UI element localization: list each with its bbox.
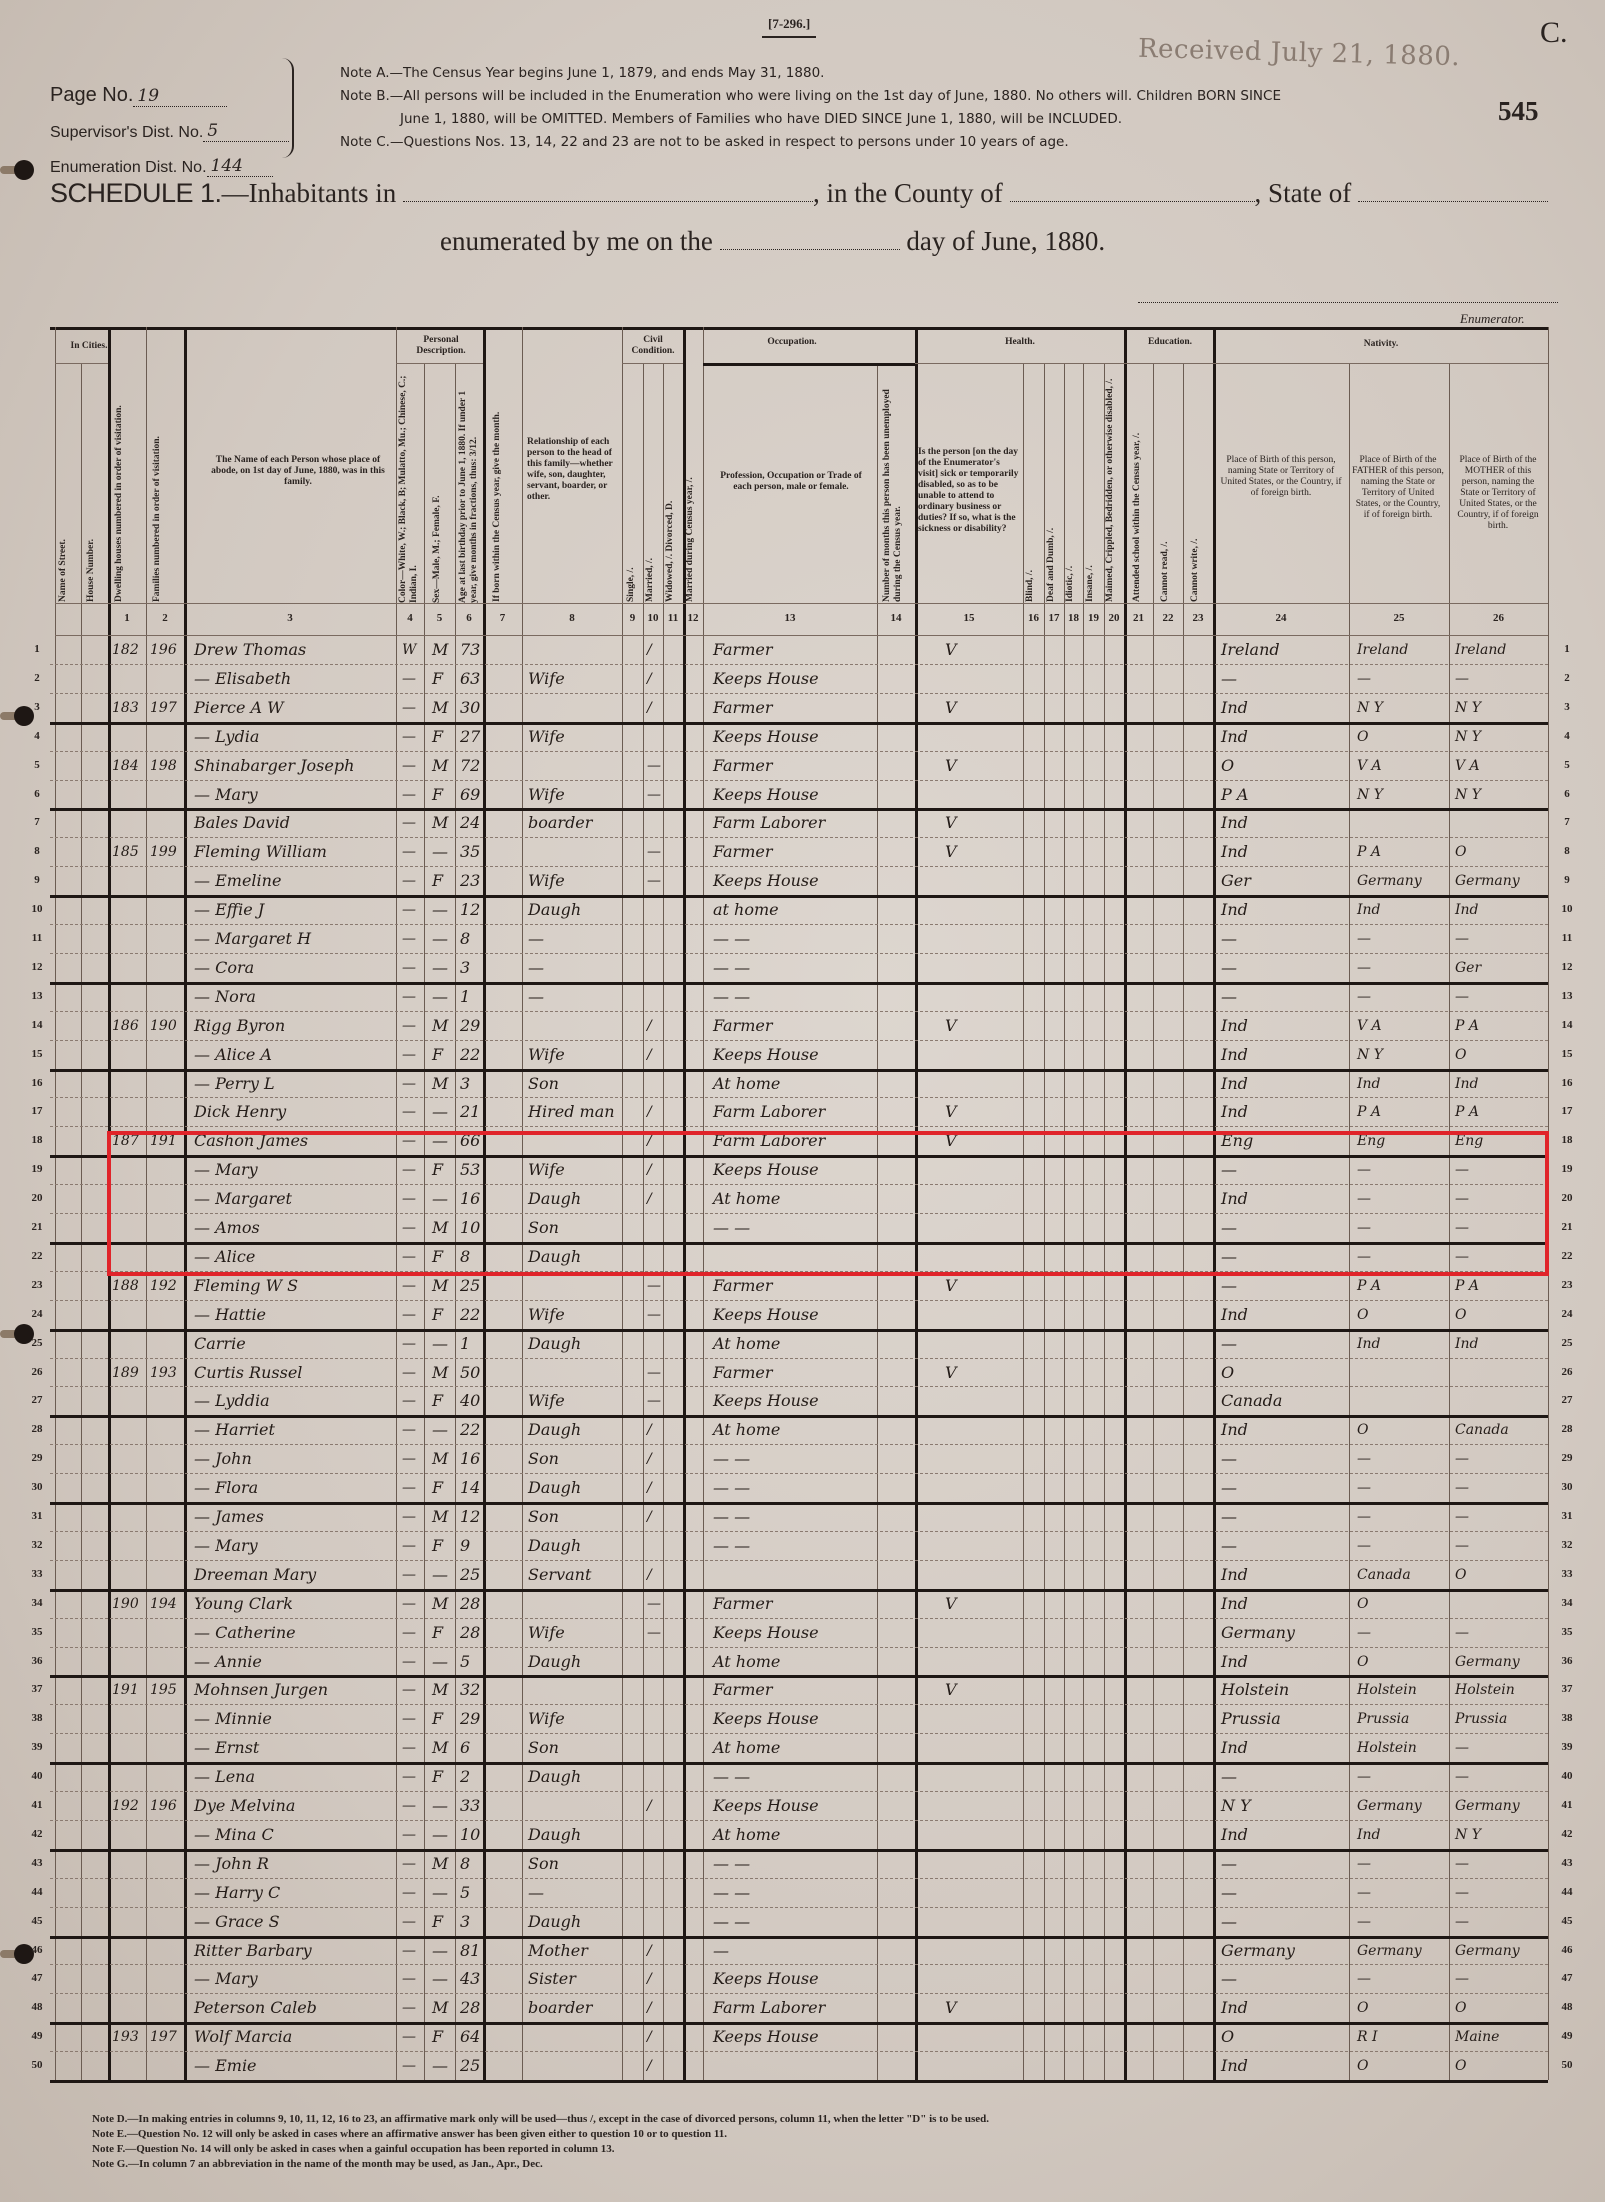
mother-birthplace-value: N Y <box>1455 785 1481 805</box>
relationship-value: Wife <box>528 1709 565 1729</box>
mother-birthplace-value: Ind <box>1455 1074 1479 1094</box>
header-col1: Dwelling houses numbered in order of vis… <box>114 347 136 602</box>
father-birthplace-value: — <box>1357 1536 1371 1556</box>
age-value: 21 <box>460 1102 480 1122</box>
color-value: — <box>402 987 416 1007</box>
color-value: — <box>402 727 416 747</box>
civil-condition-mark: / <box>647 1478 652 1498</box>
family-number: 199 <box>150 842 177 862</box>
relationship-value: boarder <box>528 813 592 833</box>
color-value: — <box>402 1594 416 1614</box>
father-birthplace-value: — <box>1357 1478 1371 1498</box>
sick-mark: V <box>945 698 957 718</box>
person-name: — Ernst <box>194 1738 259 1758</box>
occupation-value: Keeps House <box>713 2027 819 2047</box>
sick-mark: V <box>945 756 957 776</box>
relationship-value: — <box>528 1883 544 1903</box>
civil-condition-mark: — <box>647 1363 661 1383</box>
civil-condition-mark: / <box>647 1969 652 1989</box>
sheet-number: 545 <box>1498 96 1539 127</box>
mother-birthplace-value: — <box>1455 1449 1469 1469</box>
relationship-value: Daugh <box>528 1825 581 1845</box>
inhabitants-label: —Inhabitants in <box>222 178 397 208</box>
corner-letter: C. <box>1540 16 1568 50</box>
row-number-right: 48 <box>1556 2001 1578 2013</box>
father-birthplace-value: Holstein <box>1357 1680 1417 1700</box>
color-value: — <box>402 1941 416 1961</box>
relationship-value: Hired man <box>528 1102 615 1122</box>
brace <box>282 58 294 158</box>
table-row: — Effie J——12Daughat homeIndIndInd <box>40 895 1555 924</box>
row-number-right: 16 <box>1556 1077 1578 1089</box>
mother-birthplace-value: — <box>1455 1883 1469 1903</box>
family-number: 193 <box>150 1363 177 1383</box>
color-value: — <box>402 1391 416 1411</box>
row-number-right: 7 <box>1556 816 1578 828</box>
age-value: 22 <box>460 1045 480 1065</box>
family-number: 198 <box>150 756 177 776</box>
occupation-value: Farmer <box>713 1276 773 1296</box>
table-row: — Mary——43Sister/Keeps House——— <box>40 1964 1555 1993</box>
civil-condition-mark: / <box>647 1016 652 1036</box>
occupation-value: Keeps House <box>713 1391 819 1411</box>
row-number-right: 36 <box>1556 1655 1578 1667</box>
age-value: 12 <box>460 900 480 920</box>
relationship-value: Wife <box>528 669 565 689</box>
civil-condition-mark: / <box>647 640 652 660</box>
row-number-right: 49 <box>1556 2030 1578 2042</box>
sick-mark: V <box>945 842 957 862</box>
table-row: — Mary—F9Daugh— ———— <box>40 1531 1555 1560</box>
relationship-value: Daugh <box>528 1478 581 1498</box>
age-value: 29 <box>460 1016 480 1036</box>
row-number-right: 47 <box>1556 1972 1578 1984</box>
table-row: — Nora——1—— ———— <box>40 982 1555 1011</box>
person-name: — John R <box>194 1854 269 1874</box>
row-number-right: 39 <box>1556 1741 1578 1753</box>
dwelling-number: 188 <box>112 1276 139 1296</box>
color-value: — <box>402 1825 416 1845</box>
birthplace-value: Ind <box>1221 813 1248 833</box>
sex-value: F <box>432 1536 443 1556</box>
person-name: — Mary <box>194 1536 258 1556</box>
sex-value: — <box>432 1825 448 1845</box>
header-col25: Place of Birth of the FATHER of this per… <box>1352 455 1444 521</box>
column-number: 8 <box>522 603 622 633</box>
header-col7: If born within the Census year, give the… <box>492 347 514 602</box>
sex-value: — <box>432 1652 448 1672</box>
sex-value: M <box>432 698 448 718</box>
row-number-right: 33 <box>1556 1568 1578 1580</box>
sex-value: F <box>432 1912 443 1932</box>
relationship-value: Servant <box>528 1565 591 1585</box>
person-name: Ritter Barbary <box>194 1941 312 1961</box>
table-row: — Ernst—M6SonAt homeIndHolstein— <box>40 1733 1555 1762</box>
sick-mark: V <box>945 640 957 660</box>
birthplace-value: N Y <box>1221 1796 1251 1816</box>
age-value: 6 <box>460 1738 470 1758</box>
mother-birthplace-value: O <box>1455 1045 1466 1065</box>
age-value: 40 <box>460 1391 480 1411</box>
census-page: [7-296.] Received July 21, 1880. C. 545 … <box>0 0 1605 2202</box>
mother-birthplace-value: N Y <box>1455 727 1481 747</box>
birthplace-value: Ind <box>1221 1565 1248 1585</box>
column-number: 18 <box>1064 603 1083 633</box>
birthplace-value: O <box>1221 2027 1234 2047</box>
row-number-right: 29 <box>1556 1452 1578 1464</box>
civil-condition-mark: / <box>647 1796 652 1816</box>
age-value: 72 <box>460 756 480 776</box>
column-number: 23 <box>1183 603 1213 633</box>
header-col14: Number of months this person has been un… <box>882 367 908 602</box>
age-value: 23 <box>460 871 480 891</box>
birthplace-value: P A <box>1221 785 1248 805</box>
row-number-right: 37 <box>1556 1683 1578 1695</box>
occupation-value: — — <box>713 1507 750 1527</box>
occupation-value: Farmer <box>713 842 773 862</box>
occupation-value: — — <box>713 1536 750 1556</box>
color-value: — <box>402 785 416 805</box>
row-number-right: 26 <box>1556 1366 1578 1378</box>
occupation-value: Farmer <box>713 756 773 776</box>
birthplace-value: Ind <box>1221 727 1248 747</box>
dwelling-number: 184 <box>112 756 139 776</box>
family-number: 195 <box>150 1680 177 1700</box>
birthplace-value: — <box>1221 1912 1237 1932</box>
civil-condition-mark: — <box>647 1276 661 1296</box>
person-name: — Emie <box>194 2056 257 2076</box>
occupation-value: — — <box>713 1478 750 1498</box>
father-birthplace-value: — <box>1357 929 1371 949</box>
sex-value: M <box>432 1998 448 2018</box>
grid-line <box>1124 363 1213 364</box>
row-number-right: 40 <box>1556 1770 1578 1782</box>
table-row: Bales David—M24boarderFarm LaborerVInd <box>40 808 1555 837</box>
supervisor-value: 5 <box>203 121 289 142</box>
color-value: — <box>402 1623 416 1643</box>
column-number: 24 <box>1213 603 1349 633</box>
birthplace-value: O <box>1221 1363 1234 1383</box>
township-blank <box>403 200 813 202</box>
age-value: 22 <box>460 1420 480 1440</box>
birthplace-value: — <box>1221 1507 1237 1527</box>
occupation-value: Farmer <box>713 1594 773 1614</box>
color-value: — <box>402 669 416 689</box>
person-name: — Mary <box>194 1969 258 1989</box>
birthplace-value: Ind <box>1221 1738 1248 1758</box>
mother-birthplace-value: Canada <box>1455 1420 1509 1440</box>
civil-condition-mark: — <box>647 756 661 776</box>
birthplace-value: — <box>1221 1767 1237 1787</box>
occupation-value: Farmer <box>713 640 773 660</box>
person-name: Shinabarger Joseph <box>194 756 354 776</box>
relationship-value: Wife <box>528 1623 565 1643</box>
mother-birthplace-value: — <box>1455 987 1469 1007</box>
color-value: — <box>402 1680 416 1700</box>
sex-value: F <box>432 1478 443 1498</box>
header-civil-condition: Civil Condition. <box>624 335 682 357</box>
header-house-number: House Number. <box>86 437 106 602</box>
header-col24: Place of Birth of this person, naming St… <box>1216 455 1346 499</box>
grid-line <box>703 363 915 366</box>
civil-condition-mark: / <box>647 2027 652 2047</box>
color-value: — <box>402 1738 416 1758</box>
mother-birthplace-value: P A <box>1455 1016 1479 1036</box>
grid-line <box>55 363 108 364</box>
civil-condition-mark: / <box>647 1449 652 1469</box>
occupation-value: Farm Laborer <box>713 1102 825 1122</box>
birthplace-value: Ind <box>1221 1305 1248 1325</box>
column-number: 12 <box>683 603 703 633</box>
supervisor-line: Supervisor's Dist. No. 5 <box>50 107 289 142</box>
mother-birthplace-value: Germany <box>1455 1796 1520 1816</box>
header-education: Education. <box>1126 337 1214 348</box>
relationship-value: Wife <box>528 1045 565 1065</box>
family-number: 196 <box>150 640 177 660</box>
note-f: Note F.—Question No. 14 will only be ask… <box>92 2142 989 2157</box>
mother-birthplace-value: O <box>1455 2056 1466 2076</box>
table-row: 186190Rigg Byron—M29/FarmerVIndV AP A <box>40 1011 1555 1040</box>
table-row: 185199Fleming William——35—FarmerVIndP AO <box>40 837 1555 866</box>
header-col3: The Name of each Person whose place of a… <box>208 455 388 488</box>
family-number: 196 <box>150 1796 177 1816</box>
occupation-value: At home <box>713 1334 780 1354</box>
occupation-value: Farm Laborer <box>713 1998 825 2018</box>
relationship-value: Wife <box>528 1391 565 1411</box>
birthplace-value: Ind <box>1221 698 1248 718</box>
occupation-value: Keeps House <box>713 669 819 689</box>
day-label: day of June, 1880. <box>906 226 1105 256</box>
sex-value: M <box>432 1016 448 1036</box>
sex-value: M <box>432 813 448 833</box>
civil-condition-mark: / <box>647 698 652 718</box>
age-value: 35 <box>460 842 480 862</box>
age-value: 24 <box>460 813 480 833</box>
color-value: — <box>402 1420 416 1440</box>
occupation-value: At home <box>713 1825 780 1845</box>
person-name: Curtis Russel <box>194 1363 302 1383</box>
header-col17: Deaf and Dumb, /. <box>1046 457 1062 602</box>
color-value: — <box>402 1276 416 1296</box>
column-number: 2 <box>146 603 184 633</box>
person-name: Wolf Marcia <box>194 2027 292 2047</box>
sex-value: — <box>432 1941 448 1961</box>
mother-birthplace-value: Germany <box>1455 1652 1520 1672</box>
age-value: 28 <box>460 1998 480 2018</box>
color-value: — <box>402 1449 416 1469</box>
table-row: Dick Henry——21Hired man/Farm LaborerVInd… <box>40 1097 1555 1126</box>
birthplace-value: Holstein <box>1221 1680 1289 1700</box>
column-number: 11 <box>663 603 683 633</box>
sex-value: F <box>432 1709 443 1729</box>
person-name: Mohnsen Jurgen <box>194 1680 328 1700</box>
row-number-right: 25 <box>1556 1337 1578 1349</box>
row-number-right: 46 <box>1556 1944 1578 1956</box>
color-value: — <box>402 900 416 920</box>
mother-birthplace-value: Ind <box>1455 1334 1479 1354</box>
father-birthplace-value: O <box>1357 1998 1368 2018</box>
birthplace-value: Ind <box>1221 1102 1248 1122</box>
father-birthplace-value: N Y <box>1357 785 1383 805</box>
table-row: — Emeline—F23Wife—Keeps HouseGerGermanyG… <box>40 866 1555 895</box>
birthplace-value: Ind <box>1221 1652 1248 1672</box>
dwelling-number: 191 <box>112 1680 139 1700</box>
father-birthplace-value: — <box>1357 1969 1371 1989</box>
age-value: 50 <box>460 1363 480 1383</box>
civil-condition-mark: / <box>647 1045 652 1065</box>
relationship-value: Daugh <box>528 1536 581 1556</box>
age-value: 1 <box>460 987 470 1007</box>
note-c: Note C.—Questions Nos. 13, 14, 22 and 23… <box>340 131 1281 154</box>
column-number: 25 <box>1349 603 1449 633</box>
occupation-value: — — <box>713 1854 750 1874</box>
birthplace-value: — <box>1221 669 1237 689</box>
sex-value: M <box>432 1854 448 1874</box>
father-birthplace-value: Germany <box>1357 1796 1422 1816</box>
table-row: — Cora——3—— ———Ger <box>40 953 1555 982</box>
age-value: 1 <box>460 1334 470 1354</box>
person-name: — Cora <box>194 958 254 978</box>
occupation-value: At home <box>713 1074 780 1094</box>
sex-value: M <box>432 756 448 776</box>
relationship-value: Son <box>528 1449 559 1469</box>
row-number-right: 31 <box>1556 1510 1578 1522</box>
sick-mark: V <box>945 1363 957 1383</box>
sex-value: M <box>432 1680 448 1700</box>
mother-birthplace-value: O <box>1455 1305 1466 1325</box>
row-number-right: 12 <box>1556 961 1578 973</box>
occupation-value: — — <box>713 929 750 949</box>
person-name: — Catherine <box>194 1623 296 1643</box>
birthplace-value: — <box>1221 1854 1237 1874</box>
row-number-right: 38 <box>1556 1712 1578 1724</box>
person-name: — Harry C <box>194 1883 280 1903</box>
column-number: 22 <box>1153 603 1183 633</box>
color-value: — <box>402 871 416 891</box>
person-name: Bales David <box>194 813 290 833</box>
header-col5: Sex—Male, M.; Female, F. <box>432 371 452 603</box>
civil-condition-mark: — <box>647 1305 661 1325</box>
color-value: — <box>402 1074 416 1094</box>
father-birthplace-value: O <box>1357 2056 1368 2076</box>
sex-value: F <box>432 1767 443 1787</box>
column-number: 4 <box>396 603 424 633</box>
header-col8: Relationship of each person to the head … <box>527 437 621 503</box>
state-blank <box>1358 200 1548 202</box>
sick-mark: V <box>945 813 957 833</box>
header-col11: Widowed, /. Divorced, D. <box>665 437 681 602</box>
birthplace-value: Ind <box>1221 1016 1248 1036</box>
header-occupation: Occupation. <box>708 337 876 348</box>
enumeration-label: Enumeration Dist. No. <box>50 159 207 177</box>
header-col9: Single, /. <box>626 487 642 602</box>
row-number-right: 22 <box>1556 1250 1578 1262</box>
row-number-right: 34 <box>1556 1597 1578 1609</box>
row-number-right: 3 <box>1556 701 1578 713</box>
page-no-label: Page No. <box>50 84 133 107</box>
father-birthplace-value: — <box>1357 1623 1371 1643</box>
color-value: — <box>402 1969 416 1989</box>
age-value: 32 <box>460 1680 480 1700</box>
color-value: — <box>402 698 416 718</box>
age-value: 8 <box>460 929 470 949</box>
sex-value: — <box>432 2056 448 2076</box>
father-birthplace-value: O <box>1357 1305 1368 1325</box>
sex-value: F <box>432 669 443 689</box>
relationship-value: Daugh <box>528 1912 581 1932</box>
header-col23: Cannot write, /. <box>1190 487 1206 602</box>
color-value: — <box>402 813 416 833</box>
relationship-value: Daugh <box>528 1767 581 1787</box>
age-value: 5 <box>460 1652 470 1672</box>
sick-mark: V <box>945 1102 957 1122</box>
row-number-right: 1 <box>1556 643 1578 655</box>
father-birthplace-value: Prussia <box>1357 1709 1409 1729</box>
person-name: — Hattie <box>194 1305 266 1325</box>
sick-mark: V <box>945 1016 957 1036</box>
sex-value: — <box>432 1102 448 1122</box>
occupation-value: Farmer <box>713 1680 773 1700</box>
header-col22: Cannot read, /. <box>1160 487 1176 602</box>
row-number-right: 44 <box>1556 1886 1578 1898</box>
birthplace-value: — <box>1221 929 1237 949</box>
table-row: — Emie——25/IndOO <box>40 2051 1555 2080</box>
relationship-value: — <box>528 987 544 1007</box>
sick-mark: V <box>945 1594 957 1614</box>
person-name: — Mina C <box>194 1825 274 1845</box>
father-birthplace-value: Canada <box>1357 1565 1411 1585</box>
day-blank <box>720 248 900 250</box>
column-number: 17 <box>1044 603 1064 633</box>
row-number-right: 28 <box>1556 1423 1578 1435</box>
father-birthplace-value: O <box>1357 1594 1368 1614</box>
occupation-value: Keeps House <box>713 871 819 891</box>
row-number-right: 11 <box>1556 932 1578 944</box>
age-value: 22 <box>460 1305 480 1325</box>
table-row: — Margaret H——8—— ———— <box>40 924 1555 953</box>
age-value: 63 <box>460 669 480 689</box>
table-row: Carrie——1DaughAt home—IndInd <box>40 1329 1555 1358</box>
header-col18: Idiotic, /. <box>1065 507 1081 602</box>
person-name: — Lydia <box>194 727 259 747</box>
row-number-right: 30 <box>1556 1481 1578 1493</box>
father-birthplace-value: — <box>1357 1449 1371 1469</box>
column-number: 6 <box>455 603 483 633</box>
notes-block: Note A.—The Census Year begins June 1, 1… <box>340 62 1281 154</box>
occupation-value: Keeps House <box>713 1796 819 1816</box>
color-value: — <box>402 958 416 978</box>
father-birthplace-value: — <box>1357 1854 1371 1874</box>
father-birthplace-value: — <box>1357 987 1371 1007</box>
form-code: [7-296.] <box>762 16 816 38</box>
occupation-value: Keeps House <box>713 1305 819 1325</box>
column-number: 10 <box>643 603 663 633</box>
person-name: — Emeline <box>194 871 281 891</box>
relationship-value: Son <box>528 1738 559 1758</box>
sex-value: F <box>432 871 443 891</box>
table-row: — Harriet——22Daugh/At homeIndOCanada <box>40 1415 1555 1444</box>
relationship-value: Son <box>528 1507 559 1527</box>
mother-birthplace-value: Maine <box>1455 2027 1499 2047</box>
mother-birthplace-value: — <box>1455 929 1469 949</box>
occupation-value: — — <box>713 958 750 978</box>
supervisor-label: Supervisor's Dist. No. <box>50 124 203 142</box>
person-name: — Mary <box>194 785 258 805</box>
header-name-of-street: Name of Street. <box>58 437 78 602</box>
father-birthplace-value: P A <box>1357 1276 1381 1296</box>
person-name: — Alice A <box>194 1045 272 1065</box>
column-number: 19 <box>1083 603 1104 633</box>
